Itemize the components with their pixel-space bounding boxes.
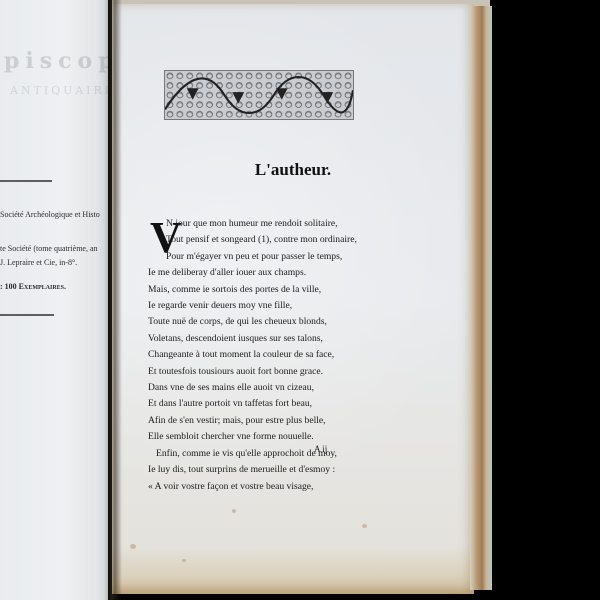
book-photo: piscopi ANTIQUAIRE Société Archéologique… (0, 0, 600, 600)
poem-line: Mais, comme ie sortois des portes de la … (148, 282, 378, 298)
left-page-rule-top (0, 180, 52, 182)
poem-line: Enfin, comme ie vis qu'elle approchoit d… (148, 446, 378, 462)
poem-line: « A voir vostre façon et vostre beau vis… (148, 479, 378, 495)
left-page-rule-bottom (0, 314, 54, 316)
poem-line: Tout pensif et songeard (1), contre mon … (148, 232, 378, 248)
poem-line: Ie regarde venir deuers moy vne fille, (148, 298, 378, 314)
poem-line: Afin de s'en vestir; mais, pour estre pl… (148, 413, 378, 429)
poem-line: Ie luy dis, tout surprins de merueille e… (148, 462, 378, 478)
left-page-line-2: te Société (tome quatrième, an (0, 244, 98, 253)
poem-line: Elle sembloit chercher vne forme nouuell… (148, 429, 378, 445)
poem-text: N iour que mon humeur me rendoit solitai… (148, 216, 378, 495)
left-page: piscopi ANTIQUAIRE Société Archéologique… (0, 0, 108, 600)
page-title: L'autheur. (112, 160, 474, 180)
poem-line: Voletans, descendoient iusques sur ses t… (148, 331, 378, 347)
foxing-spot (182, 559, 186, 562)
foxing-spot (232, 509, 236, 513)
poem-line: Et toutesfois tousiours auoit fort bonne… (148, 364, 378, 380)
left-page-faded-title: piscopi (4, 48, 108, 74)
ornamental-headpiece (164, 70, 354, 120)
poem-line: Pour m'égayer vn peu et pour passer le t… (148, 249, 378, 265)
poem-line: Et dans l'autre portoit vn taffetas fort… (148, 396, 378, 412)
left-page-faded-subtitle: ANTIQUAIRE (10, 84, 108, 97)
foxing-spot (362, 524, 367, 528)
page-edge-stained (470, 6, 492, 590)
poem-line: N iour que mon humeur me rendoit solitai… (148, 216, 378, 232)
poem-line: Changeante à tout moment la couleur de s… (148, 347, 378, 363)
poem-line: Toute nuë de corps, de qui les cheueux b… (148, 314, 378, 330)
poem-line: Ie me deliberay d'aller iouer aux champs… (148, 265, 378, 281)
poem-line: Dans vne de ses mains elle auoit vn cize… (148, 380, 378, 396)
scroll-ornament-icon (165, 71, 353, 119)
book-gutter (104, 0, 122, 600)
left-page-line-4: : 100 Exemplaires. (0, 282, 66, 291)
foxing-spot (130, 544, 136, 549)
signature-mark: A ij (314, 444, 327, 454)
left-page-line-3: J. Lepraire et Cie, in-8°. (0, 258, 77, 267)
left-page-line-1: Société Archéologique et Histo (0, 210, 100, 219)
